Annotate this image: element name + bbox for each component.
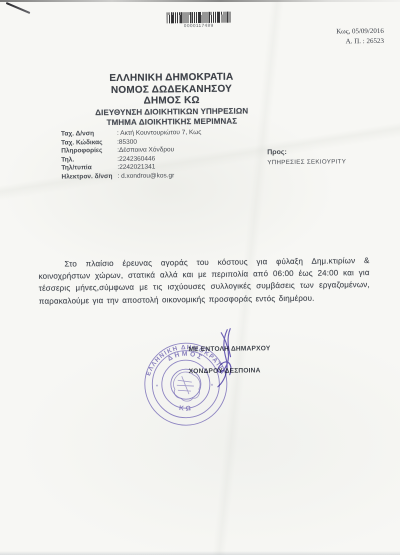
contact-value: : d.xondrou@kos.gr — [117, 172, 174, 181]
recipient-label: Προς: — [267, 148, 346, 156]
contact-row: Ηλεκτρον. δ/νση : d.xondrou@kos.gr — [61, 172, 202, 182]
barcode-number: 0000117489 — [181, 23, 216, 28]
svg-text:ΚΩ: ΚΩ — [179, 405, 194, 413]
recipient-block: Προς: ΥΠΗΡΕΣΙΕΣ ΣΕΚΙΟΥΡΙΤΥ — [267, 148, 346, 166]
contact-info-block: Ταχ. Δ/νση : Ακτή Κουντουριώτου 7, Κως Τ… — [61, 129, 202, 182]
protocol-number: Α. Π. : 26523 — [336, 36, 384, 46]
stamp-emblem — [173, 372, 200, 401]
handwritten-signature-icon — [197, 326, 246, 391]
date-line: Κως, 05/09/2016 — [336, 27, 384, 37]
contact-value: : Ακτή Κουντουριώτου 7, Κως — [117, 129, 202, 139]
body-paragraph: Στο πλαίσιο έρευνας αγοράς του κόστους γ… — [38, 255, 370, 308]
stamp-inner-bottom-text: ΚΩ — [179, 405, 194, 413]
barcode-icon — [167, 12, 231, 24]
date-protocol-block: Κως, 05/09/2016 Α. Π. : 26523 — [336, 27, 384, 47]
page-content: 0000117489 Κως, 05/09/2016 Α. Π. : 26523… — [0, 0, 400, 555]
recipient-value: ΥΠΗΡΕΣΙΕΣ ΣΕΚΙΟΥΡΙΤΥ — [267, 158, 346, 166]
letterhead-line: ΤΜΗΜΑ ΔΙΟΙΚΗΤΙΚΗΣ ΜΕΡΙΜΝΑΣ — [57, 116, 287, 129]
scanned-letter-page: 0000117489 Κως, 05/09/2016 Α. Π. : 26523… — [0, 0, 400, 555]
stamp-star: * — [156, 384, 159, 390]
contact-value: :Δέσποινα Χόνδρου — [117, 146, 174, 155]
contact-label: Ηλεκτρον. δ/νση — [61, 173, 117, 182]
letterhead: ΕΛΛΗΝΙΚΗ ΔΗΜΟΚΡΑΤΙΑ ΝΟΜΟΣ ΔΩΔΕΚΑΝΗΣΟΥ ΔΗ… — [56, 71, 287, 129]
barcode-block: 0000117489 — [164, 12, 234, 34]
